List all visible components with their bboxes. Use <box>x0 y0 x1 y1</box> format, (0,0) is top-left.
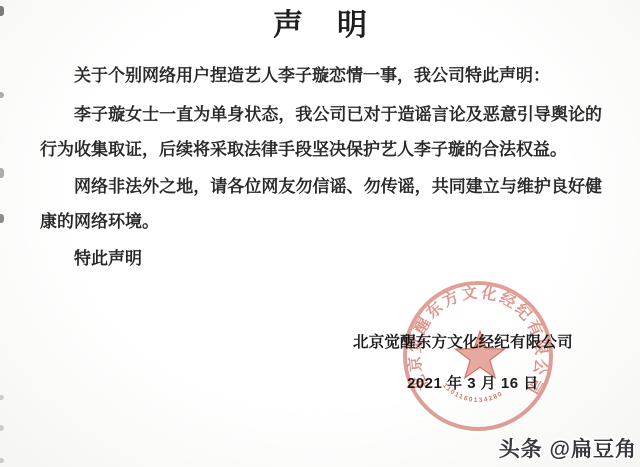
signature-company-name: 北京觉醒东方文化经纪有限公司 <box>353 330 573 352</box>
scan-artifact <box>0 425 4 431</box>
document-body: 声 明 关于个别网络用户捏造艺人李子璇恋情一事，我公司特此声明： 李子璇女士一直… <box>40 0 602 276</box>
signature-date: 2021 年 3 月 16 日 <box>407 372 539 393</box>
paragraph-intro: 关于个别网络用户捏造艺人李子璇恋情一事，我公司特此声明： <box>40 58 602 93</box>
scan-artifact <box>0 395 4 400</box>
scan-artifact <box>0 92 4 98</box>
scan-artifact <box>0 214 4 223</box>
statement-document: 声 明 关于个别网络用户捏造艺人李子璇恋情一事，我公司特此声明： 李子璇女士一直… <box>0 0 640 467</box>
watermark: 头条 @扁豆角 <box>499 433 637 463</box>
paragraph-appeal: 网络非法外之地，请各位网友勿信谣、勿传谣，共同建立与维护良好健康的网络环境。 <box>40 169 602 239</box>
scan-artifact <box>0 168 4 178</box>
scan-artifact <box>0 6 4 16</box>
seal-ring <box>405 283 551 429</box>
paragraph-closing: 特此声明 <box>40 241 602 276</box>
company-seal: 北京觉醒东方文化经纪有限公司 1101160134280 <box>393 271 563 441</box>
paragraph-statement: 李子璇女士一直为单身状态，我公司已对于造谣言论及恶意引导舆论的行为收集取证，后续… <box>40 97 602 167</box>
document-title: 声 明 <box>40 8 602 44</box>
scan-artifact <box>0 458 4 463</box>
